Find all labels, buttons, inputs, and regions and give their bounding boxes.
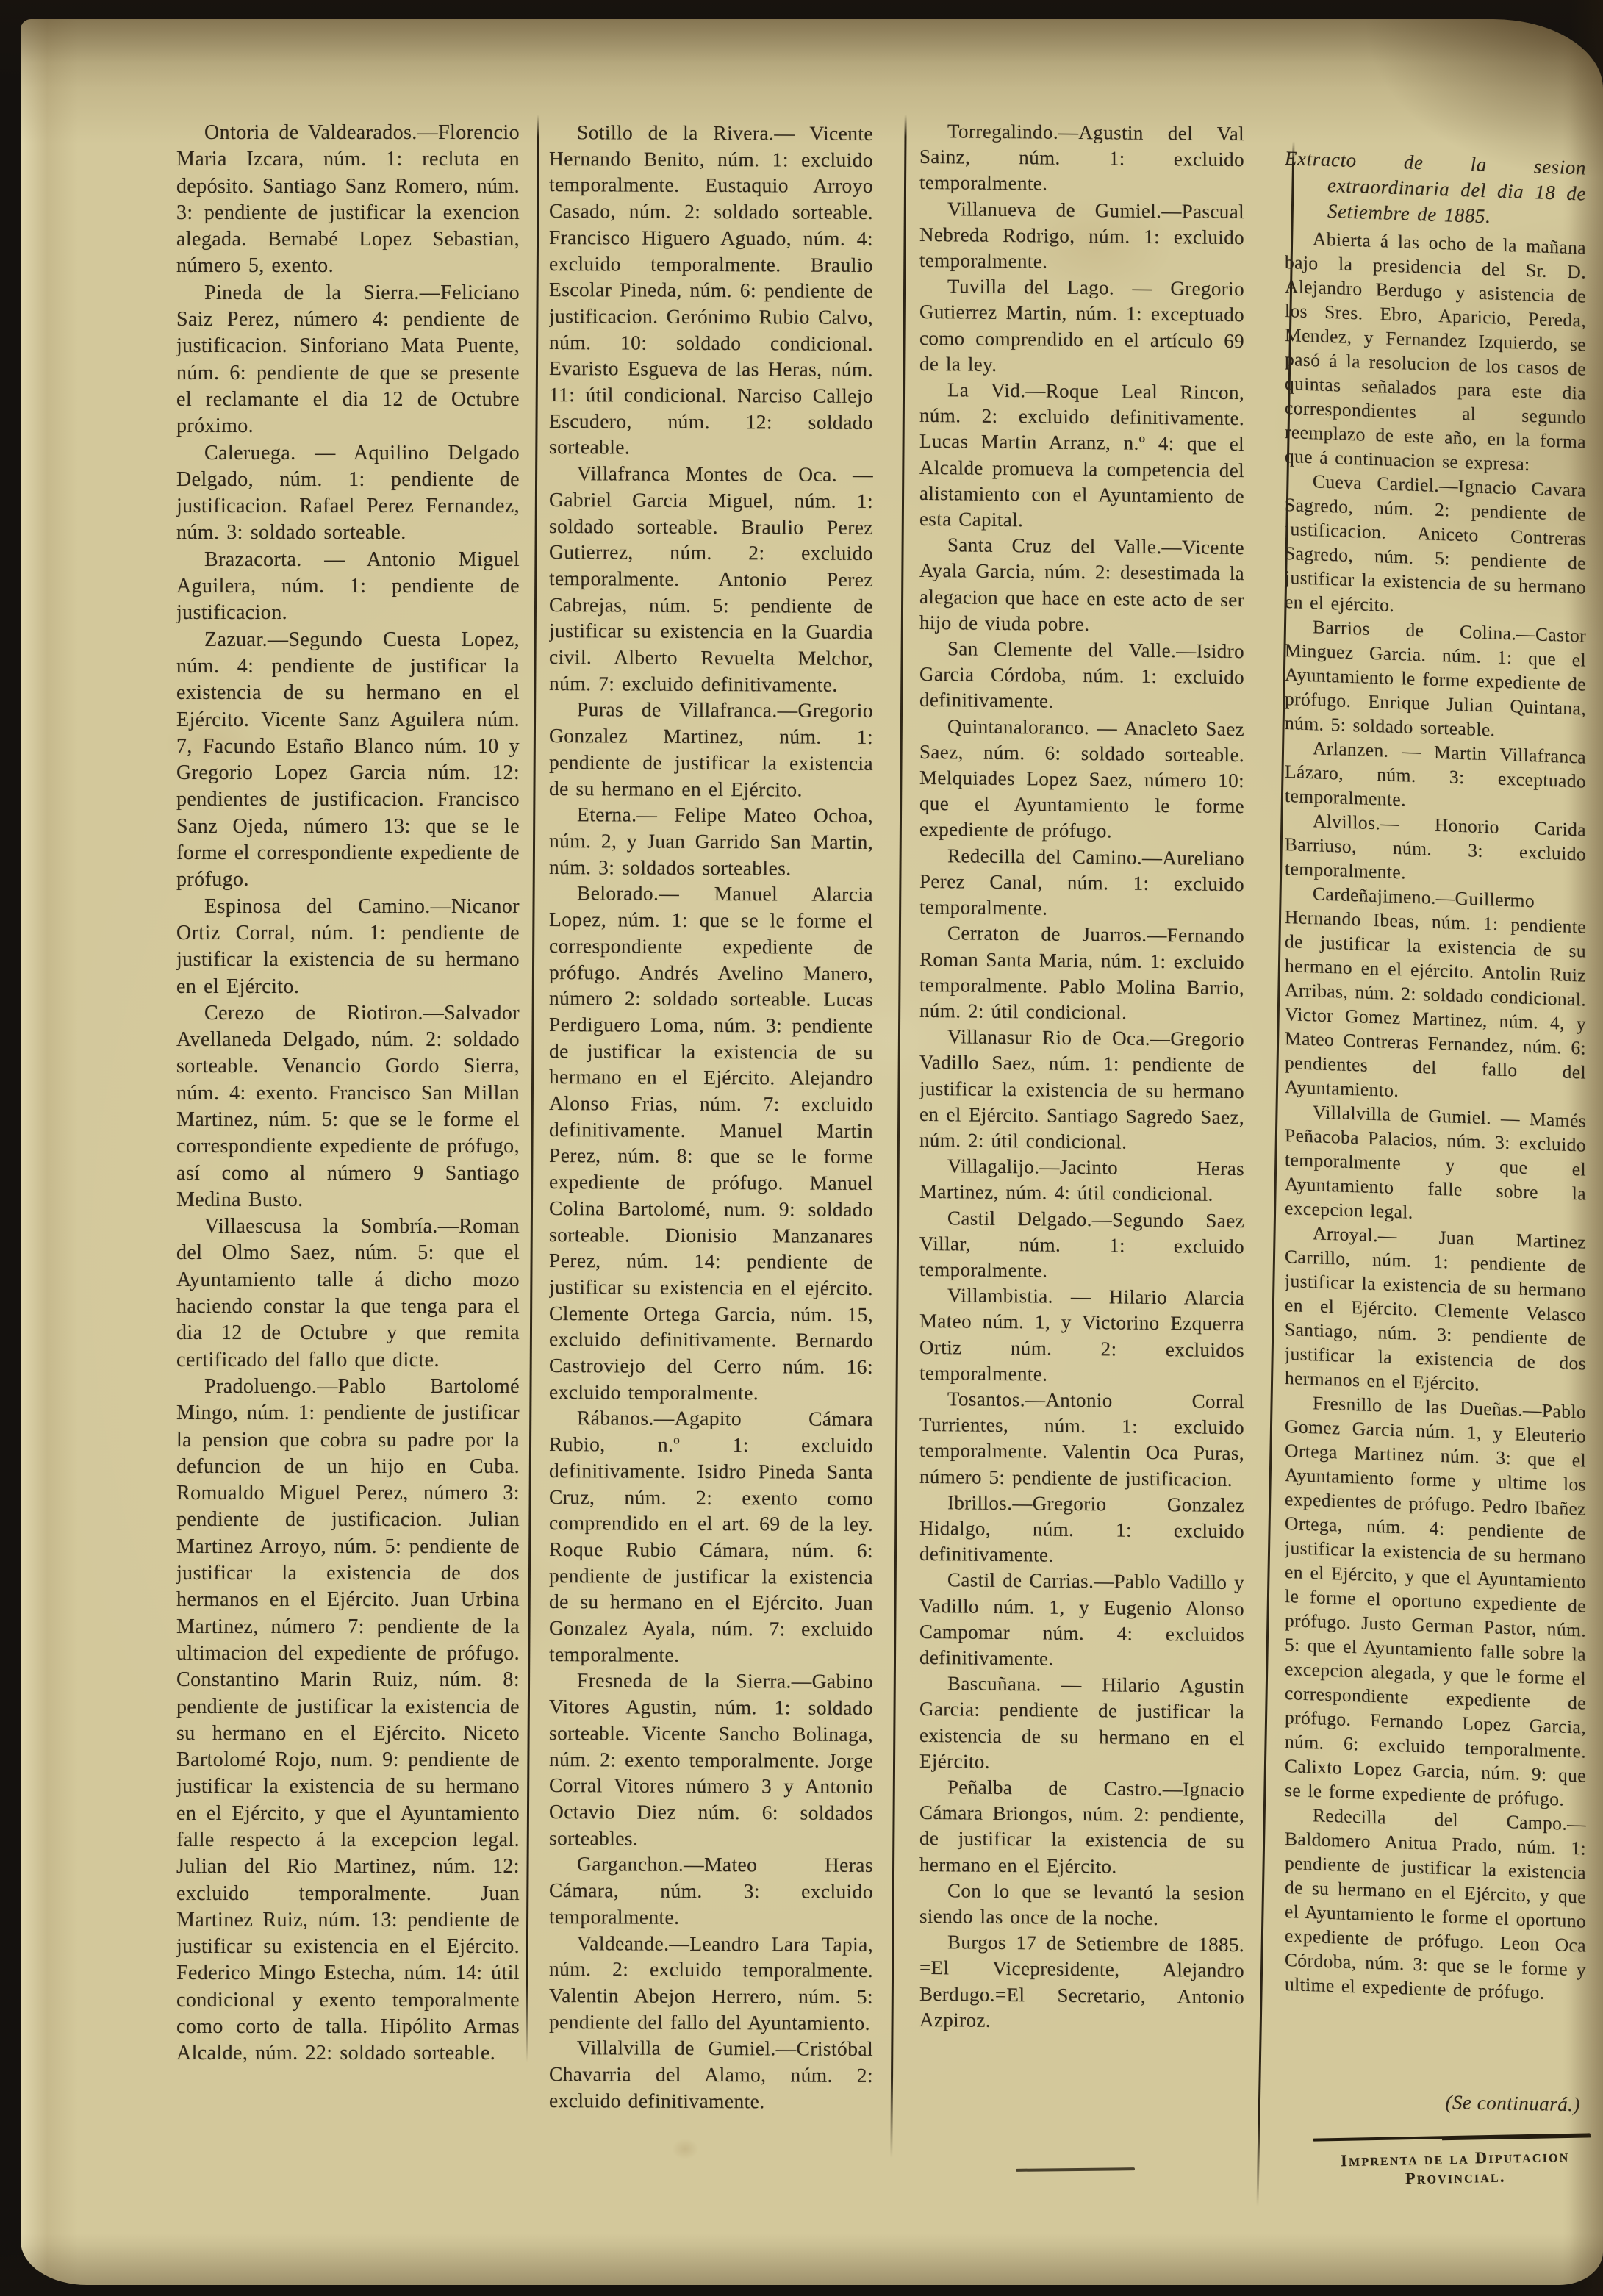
entry-paragraph: Villalvilla de Gumiel. — Mamés Peñacoba … xyxy=(1285,1099,1586,1230)
entry-paragraph: Con lo que se levantó la sesion siendo l… xyxy=(919,1878,1244,1933)
entry-paragraph: Brazacorta. — Antonio Miguel Aguilera, n… xyxy=(176,547,520,627)
scan-background: { "colors":{ "background":"#14110e", "pa… xyxy=(0,0,1603,2296)
entry-paragraph: Cardeñajimeno.—Guillermo Hernando Ibeas,… xyxy=(1285,880,1586,1109)
entry-paragraph: Villanueva de Gumiel.—Pascual Nebreda Ro… xyxy=(919,195,1244,276)
entry-paragraph: Castil Delgado.—Segundo Saez Villar, núm… xyxy=(919,1205,1244,1285)
entry-paragraph: Zazuar.—Segundo Cuesta Lopez, núm. 4: pe… xyxy=(176,627,520,894)
entry-paragraph: Villanasur Rio de Oca.—Gregorio Vadillo … xyxy=(919,1024,1244,1156)
entry-paragraph: Tosantos.—Antonio Corral Turrientes, núm… xyxy=(919,1386,1244,1493)
entry-paragraph: Redecilla del Campo.— Baldomero Anitua P… xyxy=(1285,1802,1586,2006)
entry-paragraph: Redecilla del Camino.—Aureliano Perez Ca… xyxy=(919,843,1244,924)
column-paragraphs: Torregalindo.—Agustin del Val Sainz, núm… xyxy=(919,118,1244,2036)
entry-paragraph: Pradoluengo.—Pablo Bartolomé Mingo, núm.… xyxy=(176,1374,520,2067)
entry-paragraph: Villagalijo.—Jacinto Heras Martinez, núm… xyxy=(919,1153,1244,1208)
entry-paragraph: Puras de Villafranca.—Gregorio Gonzalez … xyxy=(549,697,873,803)
entry-paragraph: Villambistia. — Hilario Alarcia Mateo nú… xyxy=(919,1282,1244,1389)
entry-paragraph: Ibrillos.—Gregorio Gonzalez Hidalgo, núm… xyxy=(919,1490,1244,1571)
entry-paragraph: Cueva Cardiel.—Ignacio Cavara Sagredo, n… xyxy=(1285,468,1586,624)
entry-paragraph: Burgos 17 de Setiembre de 1885. =El Vice… xyxy=(919,1929,1244,2036)
column-paragraphs: Ontoria de Valdearados.—Florencio Maria … xyxy=(176,120,520,2067)
entry-paragraph: Caleruega. — Aquilino Delgado Delgado, n… xyxy=(176,440,520,547)
entry-paragraph: Villalvilla de Gumiel.—Cristóbal Chavarr… xyxy=(549,2034,873,2114)
entry-paragraph: Fresneda de la Sierra.—Gabino Vitores Ag… xyxy=(549,1668,873,1853)
printer-imprint: Imprenta de la Diputacion Provincial. xyxy=(1306,2146,1603,2190)
column-paragraphs: Extracto de la sesion extraordinaria del… xyxy=(1285,146,1586,2006)
entry-paragraph: Castil de Carrias.—Pablo Vadillo y Vadil… xyxy=(919,1567,1244,1673)
entry-paragraph: Villaescusa la Sombría.—Roman del Olmo S… xyxy=(176,1213,520,1374)
entry-paragraph: Sotillo de la Rivera.— Vicente Hernando … xyxy=(549,119,873,462)
entry-paragraph: Quintanaloranco. — Anacleto Saez Saez, n… xyxy=(919,714,1244,846)
entry-paragraph: Alvillos.— Honorio Carida Barriuso, núm.… xyxy=(1285,808,1586,891)
entry-paragraph: Valdeande.—Leandro Lara Tapia, núm. 2: e… xyxy=(549,1930,873,2037)
entry-paragraph: Bascuñana. — Hilario Agustin Garcia: pen… xyxy=(919,1671,1244,1777)
text-column-4: Extracto de la sesion extraordinaria del… xyxy=(1285,146,1586,2111)
entry-paragraph: Abierta á las ocho de la mañana bajo la … xyxy=(1285,226,1586,478)
entry-paragraph: Peñalba de Castro.—Ignacio Cámara Briong… xyxy=(919,1774,1244,1881)
text-column-1: Ontoria de Valdearados.—Florencio Maria … xyxy=(176,120,520,2240)
entry-paragraph: Fresnillo de las Dueñas.—Pablo Gomez Gar… xyxy=(1285,1390,1586,1812)
entry-paragraph: Arlanzen. — Martin Villafranca Lázaro, n… xyxy=(1285,735,1586,818)
entry-paragraph: Ontoria de Valdearados.—Florencio Maria … xyxy=(176,120,520,280)
session-heading: Extracto de la sesion extraordinaria del… xyxy=(1285,146,1586,233)
text-column-2: Sotillo de la Rivera.— Vicente Hernando … xyxy=(549,119,873,2120)
entry-paragraph: Villafranca Montes de Oca. — Gabriel Gar… xyxy=(549,460,873,697)
column-paragraphs: Sotillo de la Rivera.— Vicente Hernando … xyxy=(549,119,873,2114)
entry-paragraph: Tuvilla del Lago. — Gregorio Gutierrez M… xyxy=(919,273,1244,380)
entry-paragraph: Barrios de Colina.—Castor Minguez Garcia… xyxy=(1285,614,1586,745)
continuation-note: (Se continuará.) xyxy=(1389,2090,1581,2117)
entry-paragraph: San Clemente del Valle.—Isidro Garcia Có… xyxy=(919,636,1244,717)
entry-paragraph: Rábanos.—Agapito Cámara Rubio, n.º 1: ex… xyxy=(549,1404,873,1668)
entry-paragraph: Cerezo de Riotiron.—Salvador Avellaneda … xyxy=(176,1000,520,1213)
entry-paragraph: Torregalindo.—Agustin del Val Sainz, núm… xyxy=(919,118,1244,199)
entry-paragraph: Espinosa del Camino.—Nicanor Ortiz Corra… xyxy=(176,894,520,1000)
entry-paragraph: Pineda de la Sierra.—Feliciano Saiz Pere… xyxy=(176,280,520,440)
text-column-3: Torregalindo.—Agustin del Val Sainz, núm… xyxy=(919,118,1244,2150)
entry-paragraph: Arroyal.— Juan Martinez Carrillo, núm. 1… xyxy=(1285,1220,1586,1400)
entry-paragraph: Santa Cruz del Valle.—Vicente Ayala Garc… xyxy=(919,532,1244,639)
entry-paragraph: La Vid.—Roque Leal Rincon, núm. 2: exclu… xyxy=(919,377,1244,535)
entry-paragraph: Garganchon.—Mateo Heras Cámara, núm. 3: … xyxy=(549,1851,873,1931)
entry-paragraph: Belorado.— Manuel Alarcia Lopez, núm. 1:… xyxy=(549,880,873,1406)
entry-paragraph: Cerraton de Juarros.—Fernando Roman Sant… xyxy=(919,920,1244,1027)
entry-paragraph: Eterna.— Felipe Mateo Ochoa, núm. 2, y J… xyxy=(549,801,873,881)
